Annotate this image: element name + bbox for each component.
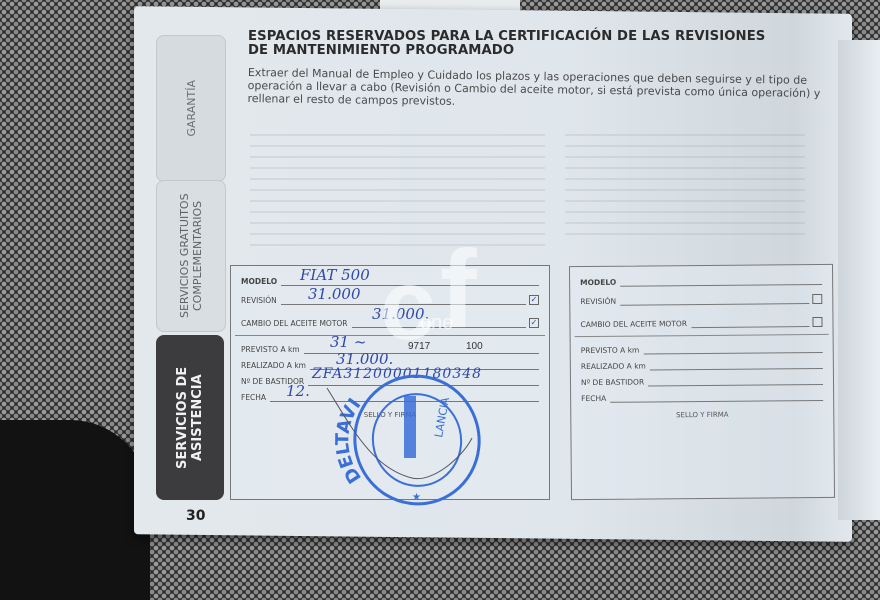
handwritten-fecha: 12.: [286, 382, 310, 400]
svg-text:★: ★: [412, 492, 421, 503]
svg-text:LANCIA: LANCIA: [432, 396, 452, 439]
watermark-number-1: 9717: [408, 341, 430, 352]
cambio-aceite-checkbox[interactable]: ✓: [529, 318, 539, 328]
service-record-form-2: MODELO REVISIÓN CAMBIO DEL ACEITE MOTOR …: [569, 264, 835, 500]
modelo-field[interactable]: [620, 276, 822, 287]
page-number: 30: [186, 508, 205, 524]
section-tabs: GARANTÍA SERVICIOS GRATUITOS COMPLEMENTA…: [156, 30, 226, 510]
handwritten-cambio-aceite: 31.000.: [372, 305, 429, 323]
faded-show-through-text: [250, 128, 545, 248]
realizado-km-field[interactable]: [650, 360, 823, 371]
watermark-number-2: 100: [466, 341, 483, 352]
previsto-km-field[interactable]: [643, 344, 822, 355]
fecha-field[interactable]: [610, 392, 823, 403]
handwritten-revision: 31.000: [308, 285, 361, 303]
handwritten-modelo: FIAT 500: [300, 266, 370, 284]
cambio-aceite-checkbox[interactable]: [812, 317, 822, 327]
dark-shadow-area: [0, 420, 150, 600]
faded-show-through-text: [565, 128, 805, 238]
dealer-stamp: DELTAVI LANCIA ★: [322, 368, 482, 508]
divider: [235, 335, 545, 336]
revision-checkbox[interactable]: [812, 294, 822, 304]
bastidor-field[interactable]: [648, 376, 823, 387]
intro-paragraph: Extraer del Manual de Empleo y Cuidado l…: [247, 66, 837, 113]
tab-garantia[interactable]: GARANTÍA: [156, 35, 226, 182]
sello-firma-label: SELLO Y FIRMA: [571, 410, 833, 420]
handwritten-previsto: 31 ~: [330, 333, 366, 351]
booklet-next-page-edge: [838, 40, 880, 520]
page-title: ESPACIOS RESERVADOS PARA LA CERTIFICACIÓ…: [248, 30, 765, 58]
cambio-aceite-field[interactable]: [691, 318, 810, 328]
revision-field[interactable]: [620, 295, 809, 306]
tab-servicios-asistencia[interactable]: SERVICIOS DE ASISTENCIA: [156, 335, 224, 500]
revision-checkbox[interactable]: ✓: [529, 295, 539, 305]
divider: [575, 334, 829, 337]
tab-servicios-gratuitos[interactable]: SERVICIOS GRATUITOS COMPLEMENTARIOS: [156, 180, 226, 332]
